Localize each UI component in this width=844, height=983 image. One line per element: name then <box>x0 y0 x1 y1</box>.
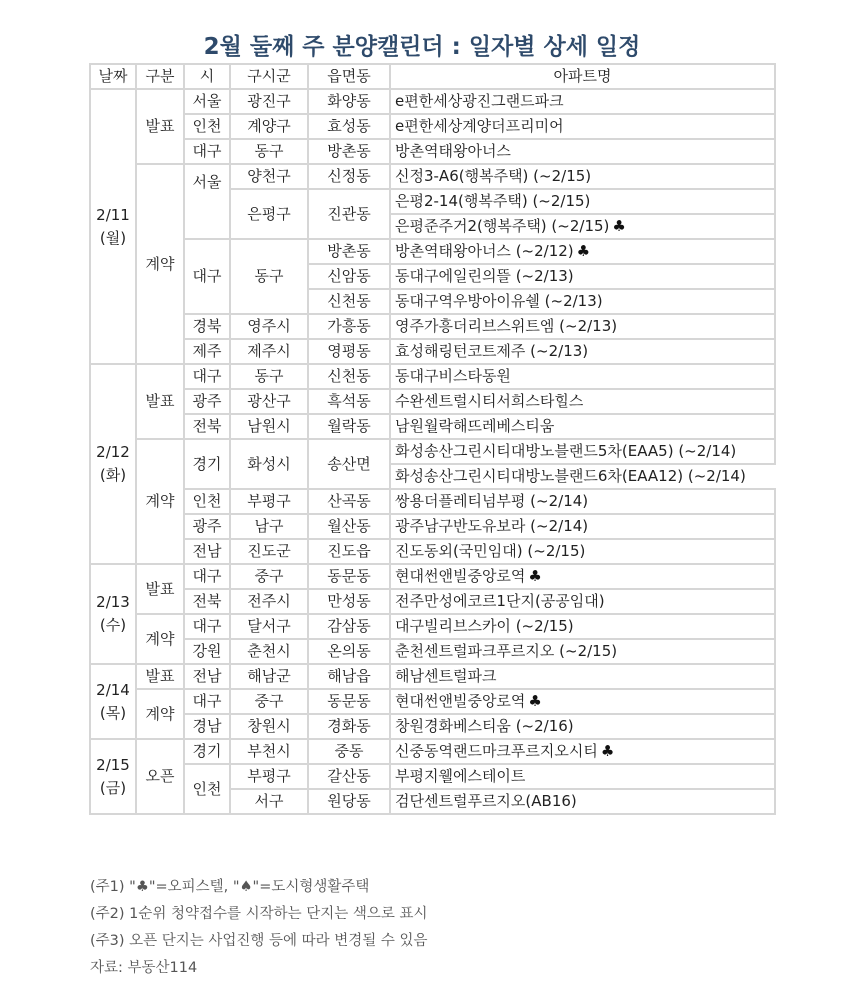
table-row: 2/13(수) 발표 대구 중구 동문동 현대썬앤빌중앙로역♣ <box>90 564 775 589</box>
district-cell: 중구 <box>230 689 308 714</box>
type-cell: 발표 <box>136 89 184 164</box>
date-text: 2/11 <box>96 206 130 224</box>
table-row: 2/11(월) 발표 서울 광진구 화양동 e편한세상광진그랜드파크 <box>90 89 775 114</box>
table-row: 2/15(금) 오픈 경기 부천시 중동 신중동역랜드마크푸르지오시티♣ <box>90 739 775 764</box>
district-cell: 부평구 <box>230 764 308 789</box>
dong-cell: 가흥동 <box>308 314 390 339</box>
table-row: 2/12(화) 발표 대구 동구 신천동 동대구비스타동원 <box>90 364 775 389</box>
dong-cell: 신정동 <box>308 164 390 189</box>
city-cell: 인천 <box>184 489 230 514</box>
city-cell: 광주 <box>184 389 230 414</box>
district-cell: 서구 <box>230 789 308 814</box>
apartment-name: 검단센트럴푸르지오(AB16) <box>395 792 577 810</box>
club-icon: ♣ <box>528 567 541 585</box>
table-row: 계약 대구 달서구 감삼동 대구빌리브스카이 (~2/15) <box>90 614 775 639</box>
date-cell: 2/11(월) <box>90 89 136 364</box>
apartment-cell: 광주남구반도유보라 (~2/14) <box>390 514 775 539</box>
dong-cell: 동문동 <box>308 689 390 714</box>
table-row: 경북 영주시 가흥동 영주가흥더리브스위트엠 (~2/13) <box>90 314 775 339</box>
apartment-name: 해남센트럴파크 <box>395 667 496 685</box>
table-row: 인천 계양구 효성동 e편한세상계양더프리미어 <box>90 114 775 139</box>
apartment-name: 신중동역랜드마크푸르지오시티 <box>395 742 598 760</box>
apartment-cell: 전주만성에코르1단지(공공임대) <box>390 589 775 614</box>
district-cell: 동구 <box>230 364 308 389</box>
apartment-name: 효성해링턴코트제주 (~2/13) <box>395 342 588 360</box>
header-date: 날짜 <box>90 64 136 89</box>
schedule-table: 날짜 구분 시 구시군 읍면동 아파트명 2/11(월) 발표 서울 광진구 화… <box>89 63 776 815</box>
district-cell: 부평구 <box>230 489 308 514</box>
apartment-cell: 현대썬앤빌중앙로역♣ <box>390 564 775 589</box>
dong-cell: 중동 <box>308 739 390 764</box>
apartment-cell: 검단센트럴푸르지오(AB16) <box>390 789 775 814</box>
city-cell: 전북 <box>184 589 230 614</box>
dong-cell: 감삼동 <box>308 614 390 639</box>
district-cell: 광산구 <box>230 389 308 414</box>
apartment-name: 동대구역우방아이유쉘 (~2/13) <box>395 292 603 310</box>
dong-cell: 경화동 <box>308 714 390 739</box>
table-row: 2/14(목) 발표 전남 해남군 해남읍 해남센트럴파크 <box>90 664 775 689</box>
table-row: 전남 진도군 진도읍 진도동외(국민임대) (~2/15) <box>90 539 775 564</box>
date-cell: 2/12(화) <box>90 364 136 564</box>
header-city: 시 <box>184 64 230 89</box>
date-cell: 2/15(금) <box>90 739 136 814</box>
district-cell: 동구 <box>230 139 308 164</box>
city-cell: 대구 <box>184 564 230 589</box>
dong-cell: 월산동 <box>308 514 390 539</box>
header-dong: 읍면동 <box>308 64 390 89</box>
apartment-cell: 동대구에일린의뜰 (~2/13) <box>390 264 775 289</box>
apartment-cell: 은평2-14(행복주택) (~2/15) <box>390 189 775 214</box>
source-note: 자료: 부동산114 <box>90 958 428 983</box>
apartment-cell: 화성송산그린시티대방노블랜드6차(EAA12) (~2/14) <box>390 464 775 489</box>
header-district: 구시군 <box>230 64 308 89</box>
header-type: 구분 <box>136 64 184 89</box>
apartment-name: 남원월락해뜨레베스티움 <box>395 417 554 435</box>
apartment-cell: 화성송산그린시티대방노블랜드5차(EAA5) (~2/14) <box>390 439 775 464</box>
dong-cell: 송산면 <box>308 439 390 489</box>
dong-cell: 원당동 <box>308 789 390 814</box>
weekday-text: (화) <box>100 466 126 484</box>
district-cell: 해남군 <box>230 664 308 689</box>
club-icon: ♣ <box>577 242 590 260</box>
city-cell: 인천 <box>184 764 230 814</box>
table-row: 계약 대구 중구 동문동 현대썬앤빌중앙로역♣ <box>90 689 775 714</box>
district-cell: 중구 <box>230 564 308 589</box>
city-cell: 대구 <box>184 689 230 714</box>
club-icon: ♣ <box>612 217 625 235</box>
dong-cell: 온의동 <box>308 639 390 664</box>
table-row: 광주 남구 월산동 광주남구반도유보라 (~2/14) <box>90 514 775 539</box>
dong-cell: 갈산동 <box>308 764 390 789</box>
dong-cell: 방촌동 <box>308 139 390 164</box>
city-cell: 서울 <box>184 89 230 114</box>
dong-cell: 영평동 <box>308 339 390 364</box>
district-cell: 화성시 <box>230 439 308 489</box>
header-apartment: 아파트명 <box>390 64 775 89</box>
dong-cell: 효성동 <box>308 114 390 139</box>
apartment-name: 수완센트럴시티서희스타힐스 <box>395 392 583 410</box>
apartment-name: 신정3-A6(행복주택) (~2/15) <box>395 167 591 185</box>
apartment-name: 은평준주거2(행복주택) (~2/15) <box>395 217 609 235</box>
district-cell: 동구 <box>230 239 308 314</box>
apartment-name: 화성송산그린시티대방노블랜드6차(EAA12) (~2/14) <box>395 467 746 485</box>
table-row: 경남 창원시 경화동 창원경화베스티움 (~2/16) <box>90 714 775 739</box>
type-cell: 오픈 <box>136 739 184 814</box>
district-cell: 창원시 <box>230 714 308 739</box>
apartment-name: 전주만성에코르1단지(공공임대) <box>395 592 605 610</box>
city-cell: 강원 <box>184 639 230 664</box>
apartment-name: 현대썬앤빌중앙로역 <box>395 692 525 710</box>
district-cell: 제주시 <box>230 339 308 364</box>
apartment-cell: 영주가흥더리브스위트엠 (~2/13) <box>390 314 775 339</box>
city-cell: 광주 <box>184 514 230 539</box>
city-cell: 대구 <box>184 239 230 314</box>
type-cell: 발표 <box>136 364 184 439</box>
apartment-name: 진도동외(국민임대) (~2/15) <box>395 542 585 560</box>
apartment-name: 춘천센트럴파크푸르지오 (~2/15) <box>395 642 617 660</box>
district-cell: 계양구 <box>230 114 308 139</box>
table-row: 전북 전주시 만성동 전주만성에코르1단지(공공임대) <box>90 589 775 614</box>
weekday-text: (목) <box>100 704 126 722</box>
apartment-name: 대구빌리브스카이 (~2/15) <box>395 617 574 635</box>
city-cell: 경북 <box>184 314 230 339</box>
apartment-name: 은평2-14(행복주택) (~2/15) <box>395 192 590 210</box>
city-cell: 경기 <box>184 439 230 489</box>
dong-cell: 신암동 <box>308 264 390 289</box>
city-cell: 인천 <box>184 114 230 139</box>
city-cell: 제주 <box>184 339 230 364</box>
district-cell: 양천구 <box>230 164 308 189</box>
type-cell: 계약 <box>136 614 184 664</box>
table-row: 계약 서울 양천구 신정동 신정3-A6(행복주택) (~2/15) <box>90 164 775 189</box>
apartment-name: 동대구에일린의뜰 (~2/13) <box>395 267 574 285</box>
apartment-name: e편한세상계양더프리미어 <box>395 117 564 135</box>
table-row: 전북 남원시 월락동 남원월락해뜨레베스티움 <box>90 414 775 439</box>
apartment-cell: 신정3-A6(행복주택) (~2/15) <box>390 164 775 189</box>
apartment-name: 화성송산그린시티대방노블랜드5차(EAA5) (~2/14) <box>395 442 736 460</box>
apartment-name: 방촌역태왕아너스 (~2/12) <box>395 242 574 260</box>
date-text: 2/12 <box>96 443 130 461</box>
district-cell: 남원시 <box>230 414 308 439</box>
apartment-cell: 동대구비스타동원 <box>390 364 775 389</box>
apartment-name: 방촌역태왕아너스 <box>395 142 511 160</box>
table-row: 제주 제주시 영평동 효성해링턴코트제주 (~2/13) <box>90 339 775 364</box>
district-cell: 영주시 <box>230 314 308 339</box>
footnote-1: (주1) "♣"=오피스텔, "♠"=도시형생활주택 <box>90 877 428 904</box>
apartment-cell: 쌍용더플레티넘부평 (~2/14) <box>390 489 775 514</box>
date-cell: 2/13(수) <box>90 564 136 664</box>
weekday-text: (월) <box>100 229 126 247</box>
apartment-cell: 해남센트럴파크 <box>390 664 775 689</box>
apartment-name: e편한세상광진그랜드파크 <box>395 92 564 110</box>
district-cell: 달서구 <box>230 614 308 639</box>
apartment-cell: 춘천센트럴파크푸르지오 (~2/15) <box>390 639 775 664</box>
city-cell: 경기 <box>184 739 230 764</box>
district-cell: 춘천시 <box>230 639 308 664</box>
apartment-cell: 진도동외(국민임대) (~2/15) <box>390 539 775 564</box>
type-cell: 계약 <box>136 164 184 364</box>
footnote-2: (주2) 1순위 청약접수를 시작하는 단지는 색으로 표시 <box>90 904 428 931</box>
apartment-cell: 은평준주거2(행복주택) (~2/15)♣ <box>390 214 775 239</box>
district-cell: 부천시 <box>230 739 308 764</box>
footnote-3: (주3) 오픈 단지는 사업진행 등에 따라 변경될 수 있음 <box>90 931 428 958</box>
district-cell: 진도군 <box>230 539 308 564</box>
dong-cell: 신천동 <box>308 364 390 389</box>
apartment-cell: 현대썬앤빌중앙로역♣ <box>390 689 775 714</box>
apartment-name: 부평지웰에스테이트 <box>395 767 525 785</box>
apartment-cell: 수완센트럴시티서희스타힐스 <box>390 389 775 414</box>
district-cell: 광진구 <box>230 89 308 114</box>
city-cell: 경남 <box>184 714 230 739</box>
dong-cell: 신천동 <box>308 289 390 314</box>
apartment-name: 쌍용더플레티넘부평 (~2/14) <box>395 492 588 510</box>
type-cell: 발표 <box>136 564 184 614</box>
table-row: 인천 부평구 산곡동 쌍용더플레티넘부평 (~2/14) <box>90 489 775 514</box>
dong-cell: 진도읍 <box>308 539 390 564</box>
date-text: 2/14 <box>96 681 130 699</box>
dong-cell: 해남읍 <box>308 664 390 689</box>
date-text: 2/15 <box>96 756 130 774</box>
city-cell: 대구 <box>184 139 230 164</box>
table-row: 대구 동구 방촌동 방촌역태왕아너스 (~2/12)♣ <box>90 239 775 264</box>
table-row: 광주 광산구 흑석동 수완센트럴시티서희스타힐스 <box>90 389 775 414</box>
date-text: 2/13 <box>96 593 130 611</box>
club-icon: ♣ <box>601 742 614 760</box>
apartment-cell: 방촌역태왕아너스 (~2/12)♣ <box>390 239 775 264</box>
dong-cell: 화양동 <box>308 89 390 114</box>
apartment-name: 영주가흥더리브스위트엠 (~2/13) <box>395 317 617 335</box>
weekday-text: (금) <box>100 779 126 797</box>
apartment-name: 동대구비스타동원 <box>395 367 511 385</box>
date-cell: 2/14(목) <box>90 664 136 739</box>
district-cell: 전주시 <box>230 589 308 614</box>
city-cell: 전북 <box>184 414 230 439</box>
table-row: 계약 경기 화성시 송산면 화성송산그린시티대방노블랜드5차(EAA5) (~2… <box>90 439 775 464</box>
dong-cell: 방촌동 <box>308 239 390 264</box>
type-cell: 계약 <box>136 439 184 564</box>
dong-cell: 월락동 <box>308 414 390 439</box>
apartment-cell: 부평지웰에스테이트 <box>390 764 775 789</box>
dong-cell: 산곡동 <box>308 489 390 514</box>
apartment-cell: e편한세상광진그랜드파크 <box>390 89 775 114</box>
city-cell: 대구 <box>184 364 230 389</box>
city-cell: 대구 <box>184 614 230 639</box>
type-cell: 계약 <box>136 689 184 739</box>
table-row: 인천 부평구 갈산동 부평지웰에스테이트 <box>90 764 775 789</box>
table-header-row: 날짜 구분 시 구시군 읍면동 아파트명 <box>90 64 775 89</box>
district-cell: 은평구 <box>230 189 308 239</box>
apartment-cell: e편한세상계양더프리미어 <box>390 114 775 139</box>
page-title: 2월 둘째 주 분양캘린더 : 일자별 상세 일정 <box>0 28 844 61</box>
apartment-name: 현대썬앤빌중앙로역 <box>395 567 525 585</box>
apartment-cell: 효성해링턴코트제주 (~2/13) <box>390 339 775 364</box>
apartment-cell: 남원월락해뜨레베스티움 <box>390 414 775 439</box>
apartment-cell: 대구빌리브스카이 (~2/15) <box>390 614 775 639</box>
city-cell: 서울 <box>184 164 230 239</box>
apartment-cell: 창원경화베스티움 (~2/16) <box>390 714 775 739</box>
type-cell: 발표 <box>136 664 184 689</box>
dong-cell: 동문동 <box>308 564 390 589</box>
apartment-cell: 방촌역태왕아너스 <box>390 139 775 164</box>
apartment-cell: 동대구역우방아이유쉘 (~2/13) <box>390 289 775 314</box>
weekday-text: (수) <box>100 616 126 634</box>
footnotes: (주1) "♣"=오피스텔, "♠"=도시형생활주택 (주2) 1순위 청약접수… <box>90 877 428 983</box>
district-cell: 남구 <box>230 514 308 539</box>
club-icon: ♣ <box>528 692 541 710</box>
apartment-cell: 신중동역랜드마크푸르지오시티♣ <box>390 739 775 764</box>
dong-cell: 만성동 <box>308 589 390 614</box>
apartment-name: 광주남구반도유보라 (~2/14) <box>395 517 588 535</box>
dong-cell: 진관동 <box>308 189 390 239</box>
city-cell: 전남 <box>184 539 230 564</box>
table-row: 대구 동구 방촌동 방촌역태왕아너스 <box>90 139 775 164</box>
table-row: 강원 춘천시 온의동 춘천센트럴파크푸르지오 (~2/15) <box>90 639 775 664</box>
apartment-name: 창원경화베스티움 (~2/16) <box>395 717 574 735</box>
dong-cell: 흑석동 <box>308 389 390 414</box>
city-cell: 전남 <box>184 664 230 689</box>
